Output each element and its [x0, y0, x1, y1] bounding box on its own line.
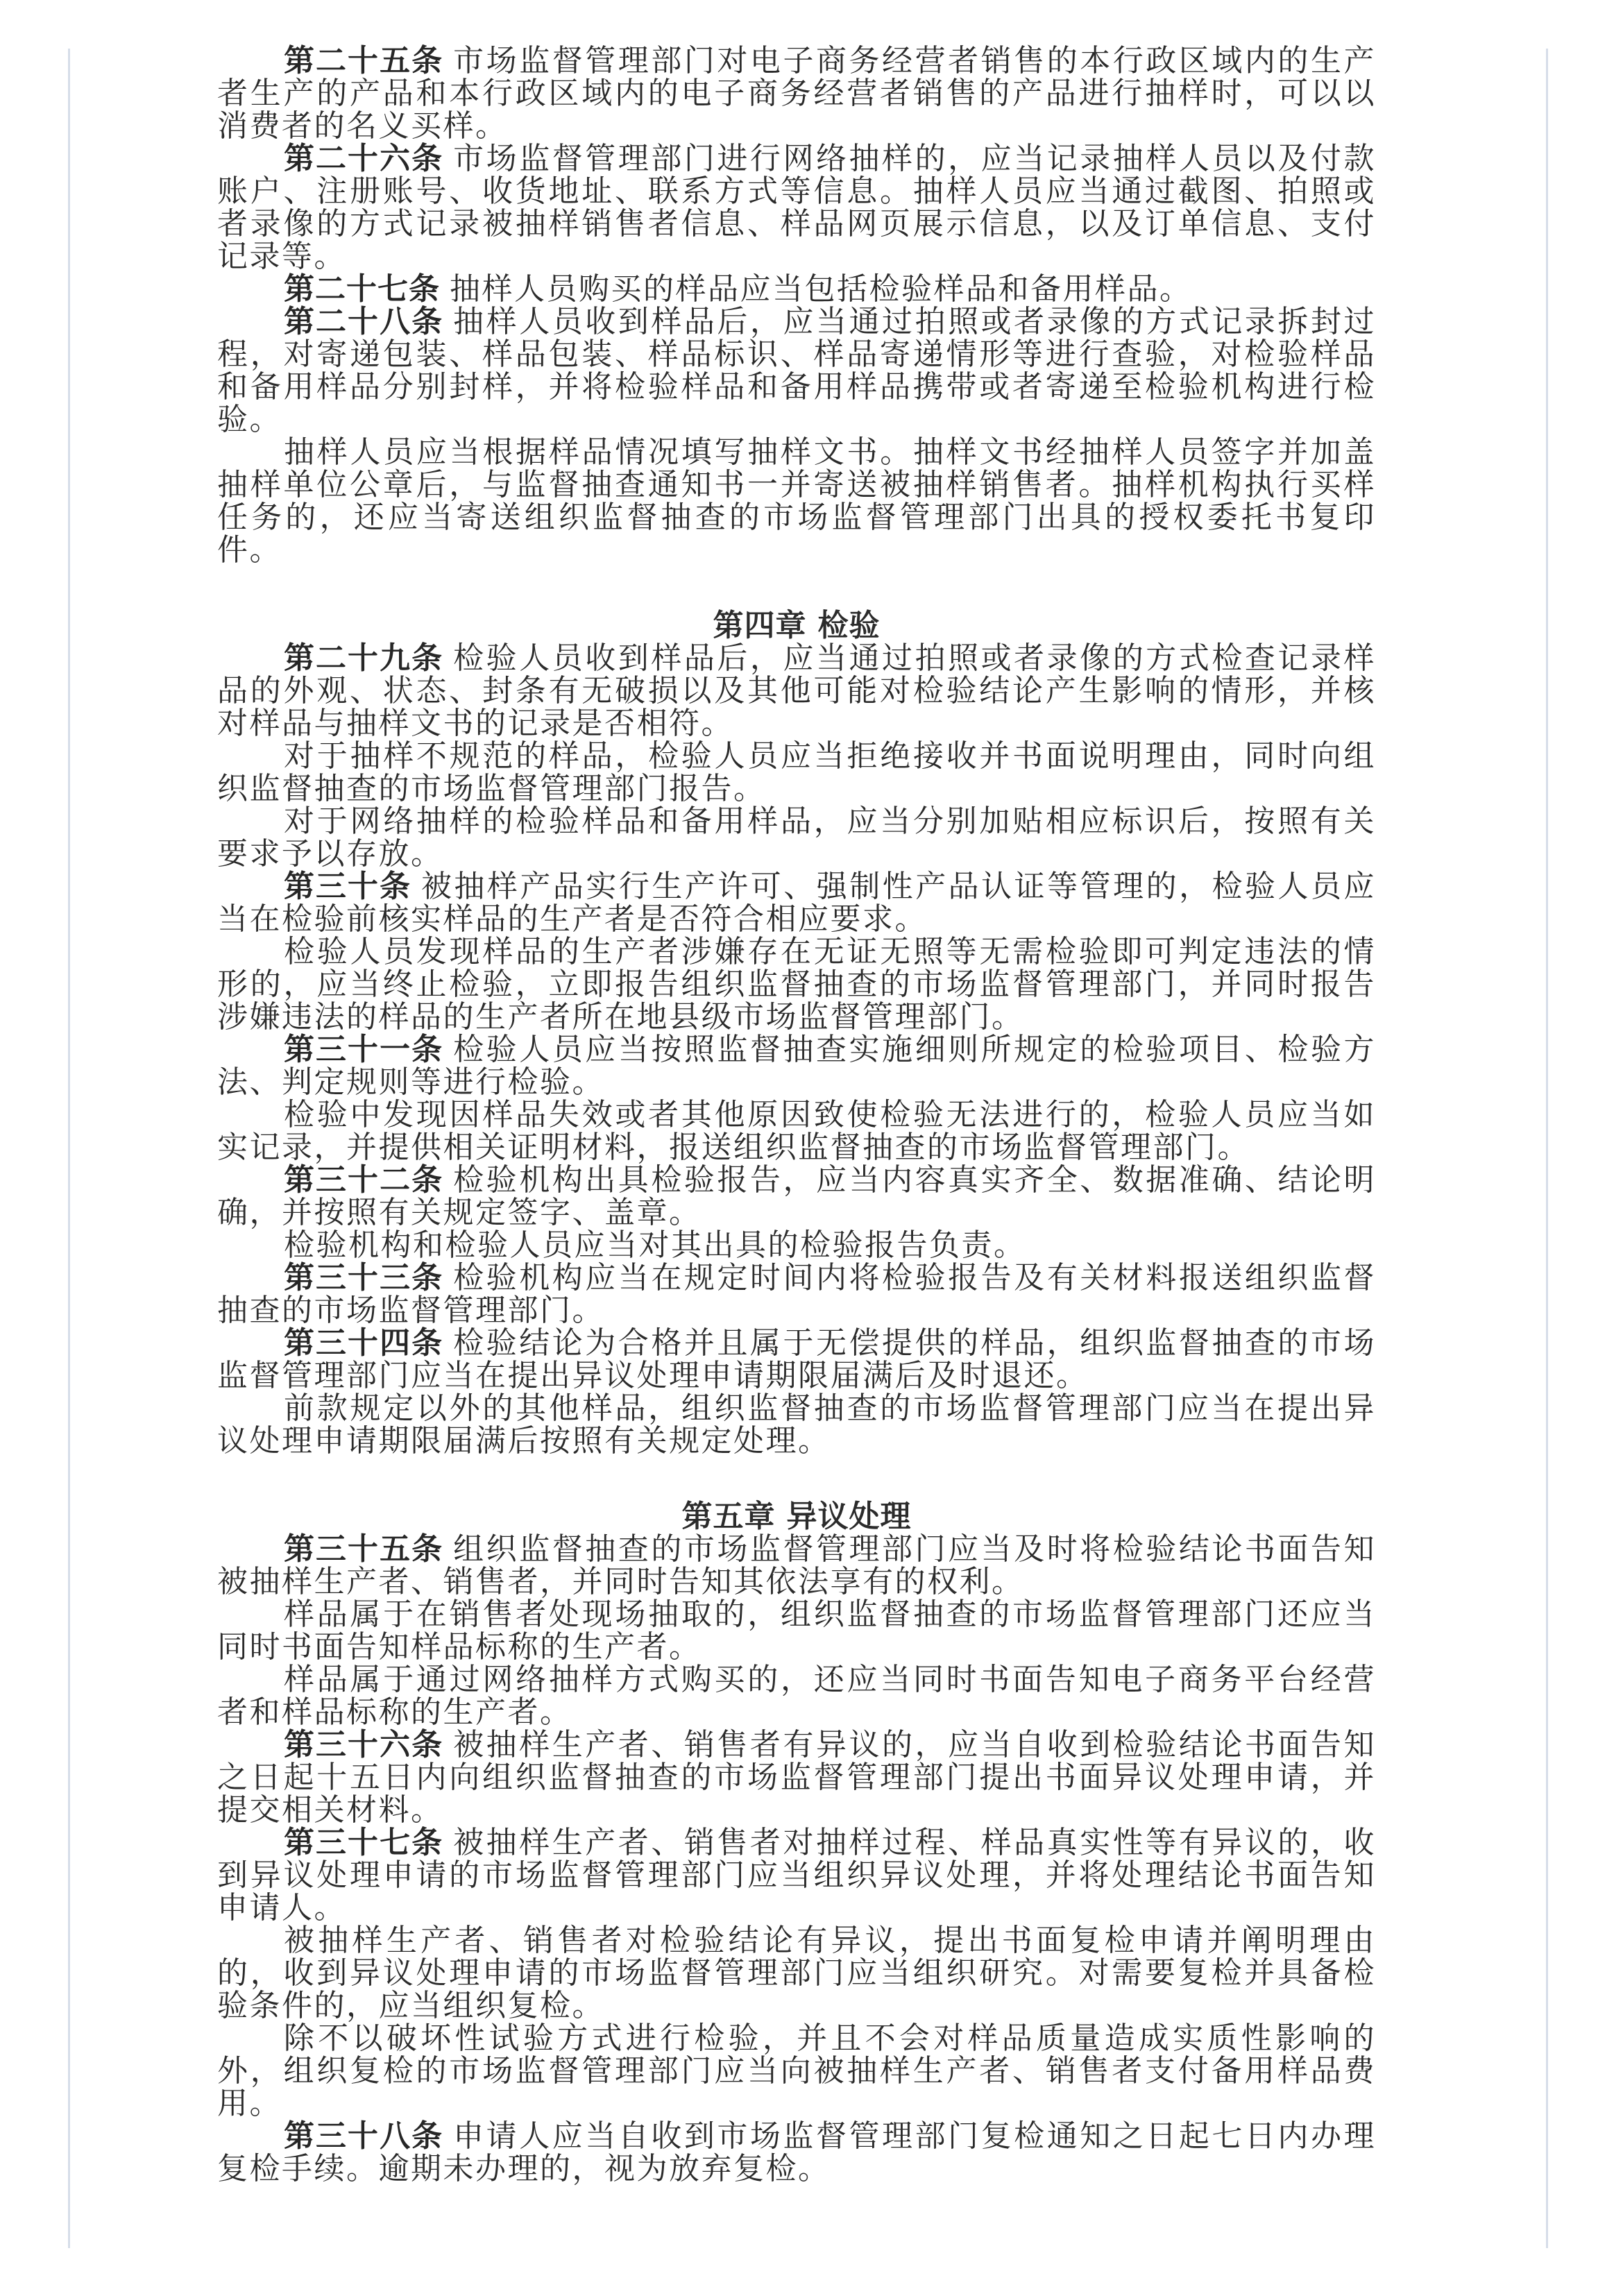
article-38: 第三十八条申请人应当自收到市场监督管理部门复检通知之日起七日内办理复检手续。逾期…	[217, 2120, 1376, 2185]
chapter-number: 第五章	[682, 1499, 776, 1534]
paragraph: 检验中发现因样品失效或者其他原因致使检验无法进行的，检验人员应当如实记录，并提供…	[217, 1098, 1376, 1164]
article-label: 第二十五条	[284, 43, 443, 78]
paragraph: 被抽样生产者、销售者对检验结论有异议，提出书面复检申请并阐明理由的，收到异议处理…	[217, 1924, 1376, 2022]
article-25: 第二十五条市场监督管理部门对电子商务经营者销售的本行政区域内的生产者生产的产品和…	[217, 44, 1376, 142]
paragraph: 对于抽样不规范的样品，检验人员应当拒绝接收并书面说明理由，同时向组织监督抽查的市…	[217, 740, 1376, 805]
article-label: 第二十九条	[284, 640, 443, 676]
chapter-title: 检验	[818, 608, 881, 643]
document-page: 第二十五条市场监督管理部门对电子商务经营者销售的本行政区域内的生产者生产的产品和…	[217, 44, 1376, 2185]
article-label: 第三十二条	[284, 1162, 443, 1198]
page-left-border	[68, 49, 70, 2248]
article-label: 第三十一条	[284, 1032, 443, 1067]
page-right-border	[1546, 49, 1548, 2248]
article-33: 第三十三条检验机构应当在规定时间内将检验报告及有关材料报送组织监督抽查的市场监督…	[217, 1261, 1376, 1327]
article-label: 第三十三条	[284, 1260, 443, 1295]
article-37: 第三十七条被抽样生产者、销售者对抽样过程、样品真实性等有异议的，收到异议处理申请…	[217, 1826, 1376, 1924]
article-label: 第二十八条	[284, 304, 443, 339]
article-32: 第三十二条检验机构出具检验报告，应当内容真实齐全、数据准确、结论明确，并按照有关…	[217, 1164, 1376, 1229]
chapter-title: 异议处理	[787, 1499, 912, 1534]
article-26: 第二十六条市场监督管理部门进行网络抽样的，应当记录抽样人员以及付款账户、注册账号…	[217, 142, 1376, 273]
article-label: 第三十四条	[284, 1325, 443, 1361]
article-28: 第二十八条抽样人员收到样品后，应当通过拍照或者录像的方式记录拆封过程，对寄递包装…	[217, 305, 1376, 436]
paragraph: 除不以破坏性试验方式进行检验，并且不会对样品质量造成实质性影响的外，组织复检的市…	[217, 2022, 1376, 2120]
article-31: 第三十一条检验人员应当按照监督抽查实施细则所规定的检验项目、检验方法、判定规则等…	[217, 1033, 1376, 1098]
article-label: 第三十七条	[284, 1825, 443, 1860]
paragraph: 样品属于在销售者处现场抽取的，组织监督抽查的市场监督管理部门还应当同时书面告知样…	[217, 1598, 1376, 1663]
article-label: 第三十六条	[284, 1727, 443, 1762]
article-label: 第二十七条	[284, 271, 440, 307]
paragraph: 样品属于通过网络抽样方式购买的，还应当同时书面告知电子商务平台经营者和样品标称的…	[217, 1663, 1376, 1728]
article-34: 第三十四条检验结论为合格并且属于无偿提供的样品，组织监督抽查的市场监督管理部门应…	[217, 1327, 1376, 1392]
article-label: 第三十条	[284, 869, 411, 904]
chapter-heading-5: 第五章异议处理	[217, 1500, 1376, 1533]
chapter-heading-4: 第四章检验	[217, 609, 1376, 642]
chapter-number: 第四章	[713, 608, 807, 643]
article-label: 第三十五条	[284, 1531, 443, 1567]
paragraph: 检验机构和检验人员应当对其出具的检验报告负责。	[217, 1229, 1376, 1261]
article-35: 第三十五条组织监督抽查的市场监督管理部门应当及时将检验结论书面告知被抽样生产者、…	[217, 1533, 1376, 1598]
article-label: 第三十八条	[284, 2118, 443, 2154]
article-27: 第二十七条抽样人员购买的样品应当包括检验样品和备用样品。	[217, 273, 1376, 305]
paragraph: 抽样人员应当根据样品情况填写抽样文书。抽样文书经抽样人员签字并加盖抽样单位公章后…	[217, 436, 1376, 566]
article-29: 第二十九条检验人员收到样品后，应当通过拍照或者录像的方式检查记录样品的外观、状态…	[217, 642, 1376, 740]
article-30: 第三十条被抽样产品实行生产许可、强制性产品认证等管理的，检验人员应当在检验前核实…	[217, 870, 1376, 935]
paragraph: 检验人员发现样品的生产者涉嫌存在无证无照等无需检验即可判定违法的情形的，应当终止…	[217, 935, 1376, 1033]
paragraph: 前款规定以外的其他样品，组织监督抽查的市场监督管理部门应当在提出异议处理申请期限…	[217, 1392, 1376, 1457]
article-label: 第二十六条	[284, 141, 443, 176]
paragraph: 对于网络抽样的检验样品和备用样品，应当分别加贴相应标识后，按照有关要求予以存放。	[217, 805, 1376, 870]
article-36: 第三十六条被抽样生产者、销售者有异议的，应当自收到检验结论书面告知之日起十五日内…	[217, 1728, 1376, 1826]
article-text: 抽样人员购买的样品应当包括检验样品和备用样品。	[450, 271, 1192, 307]
